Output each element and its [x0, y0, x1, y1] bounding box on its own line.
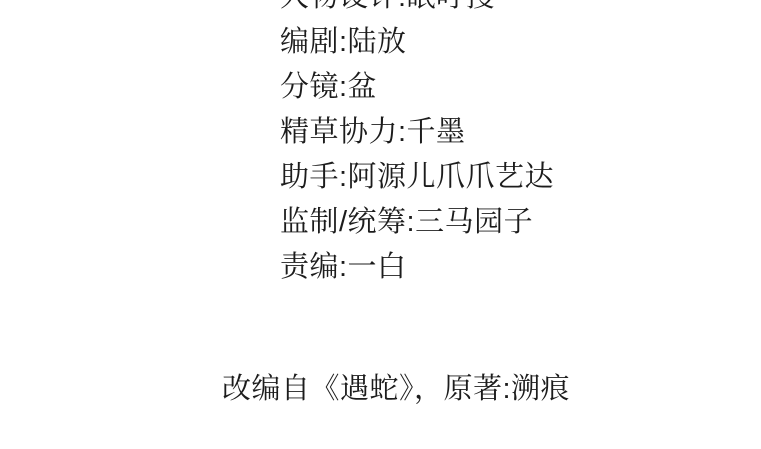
- credits-block: 人物设计:眠叮搜 编剧:陆放 分镜:盆 精草协力:千墨 助手:阿源儿爪爪艺达 监…: [280, 0, 554, 290]
- credit-line-responsible-editor: 责编:一白: [280, 245, 554, 290]
- credit-line-draft-assistance: 精草协力:千墨: [280, 110, 554, 155]
- credit-line-producer-coordinator: 监制/统筹:三马园子: [280, 200, 554, 245]
- credit-line-assistants: 助手:阿源儿爪爪艺达: [280, 155, 554, 200]
- adaptation-attribution: 改编自《遇蛇》，原著:溯痕: [222, 367, 570, 412]
- credit-line-storyboard: 分镜:盆: [280, 65, 554, 110]
- credit-line-character-design: 人物设计:眠叮搜: [280, 0, 554, 20]
- credit-line-screenwriter: 编剧:陆放: [280, 20, 554, 65]
